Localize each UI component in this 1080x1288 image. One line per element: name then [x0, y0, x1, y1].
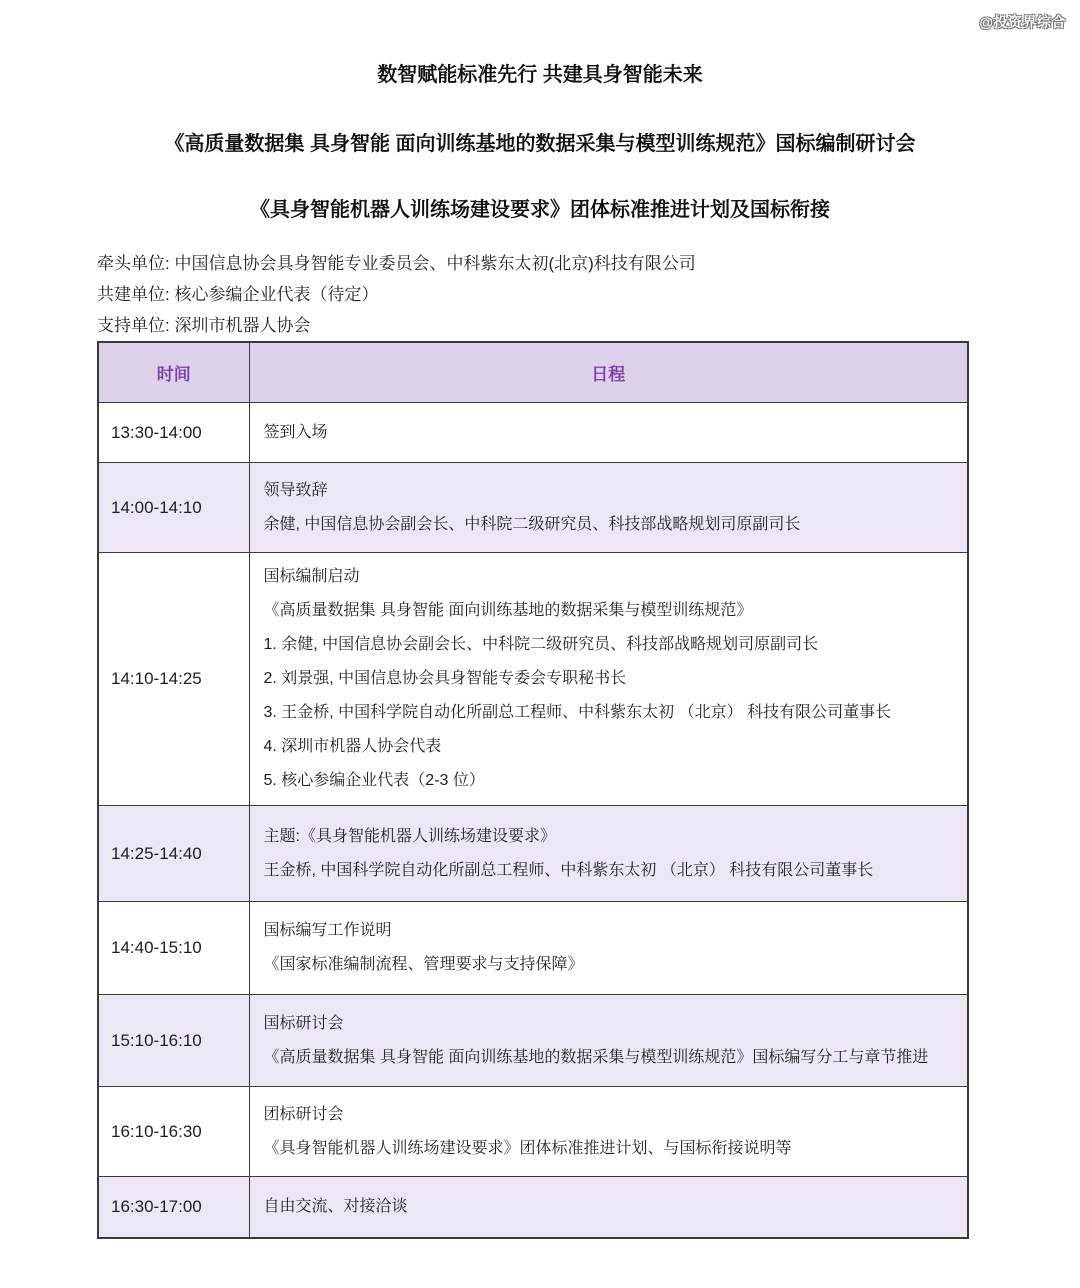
agenda-table: 时间 日程 13:30-14:00 签到入场 14:00-14:10 领导致辞 … [97, 341, 969, 1239]
agenda-cell: 自由交流、对接洽谈 [249, 1177, 968, 1238]
time-cell: 14:00-14:10 [98, 463, 249, 553]
agenda-line: 王金桥, 中国科学院自动化所副总工程师、中科紫东太初 （北京） 科技有限公司董事… [264, 854, 958, 888]
agenda-line: 团标研讨会 [264, 1098, 958, 1132]
agenda-line: 签到入场 [264, 416, 958, 450]
table-row: 14:25-14:40 主题:《具身智能机器人训练场建设要求》 王金桥, 中国科… [98, 806, 968, 902]
table-row: 13:30-14:00 签到入场 [98, 403, 968, 463]
organizer-lead: 牵头单位: 中国信息协会具身智能专业委员会、中科紫东太初(北京)科技有限公司 [97, 248, 1080, 279]
agenda-document: @投资界综合 数智赋能标准先行 共建具身智能未来 《高质量数据集 具身智能 面向… [0, 0, 1080, 1288]
organizer-coorg: 共建单位: 核心参编企业代表（待定） [97, 279, 1080, 310]
table-row: 14:40-15:10 国标编写工作说明 《国家标准编制流程、管理要求与支持保障… [98, 902, 968, 995]
agenda-line: 领导致辞 [264, 474, 958, 508]
table-row: 14:10-14:25 国标编制启动 《高质量数据集 具身智能 面向训练基地的数… [98, 553, 968, 806]
agenda-cell: 国标研讨会 《高质量数据集 具身智能 面向训练基地的数据采集与模型训练规范》国标… [249, 995, 968, 1087]
agenda-line: 《高质量数据集 具身智能 面向训练基地的数据采集与模型训练规范》国标编写分工与章… [264, 1041, 958, 1075]
table-header-row: 时间 日程 [98, 342, 968, 403]
agenda-line: 《具身智能机器人训练场建设要求》团体标准推进计划、与国标衔接说明等 [264, 1132, 958, 1166]
agenda-cell: 领导致辞 余健, 中国信息协会副会长、中科院二级研究员、科技部战略规划司原副司长 [249, 463, 968, 553]
agenda-cell: 签到入场 [249, 403, 968, 463]
table-row: 15:10-16:10 国标研讨会 《高质量数据集 具身智能 面向训练基地的数据… [98, 995, 968, 1087]
time-cell: 14:25-14:40 [98, 806, 249, 902]
agenda-line: 《高质量数据集 具身智能 面向训练基地的数据采集与模型训练规范》 [264, 594, 958, 628]
time-cell: 15:10-16:10 [98, 995, 249, 1087]
time-cell: 14:10-14:25 [98, 553, 249, 806]
agenda-cell: 主题:《具身智能机器人训练场建设要求》 王金桥, 中国科学院自动化所副总工程师、… [249, 806, 968, 902]
subtitle-national-standard: 《高质量数据集 具身智能 面向训练基地的数据采集与模型训练规范》国标编制研讨会 [0, 132, 1080, 156]
time-cell: 16:30-17:00 [98, 1177, 249, 1238]
watermark: @投资界综合 [979, 12, 1066, 32]
organizer-block: 牵头单位: 中国信息协会具身智能专业委员会、中科紫东太初(北京)科技有限公司 共… [97, 248, 1080, 341]
table-row: 16:10-16:30 团标研讨会 《具身智能机器人训练场建设要求》团体标准推进… [98, 1087, 968, 1177]
agenda-line: 4. 深圳市机器人协会代表 [264, 730, 958, 764]
agenda-line: 2. 刘景强, 中国信息协会具身智能专委会专职秘书长 [264, 662, 958, 696]
agenda-cell: 国标编制启动 《高质量数据集 具身智能 面向训练基地的数据采集与模型训练规范》 … [249, 553, 968, 806]
organizer-support: 支持单位: 深圳市机器人协会 [97, 310, 1080, 341]
table-row: 16:30-17:00 自由交流、对接洽谈 [98, 1177, 968, 1238]
agenda-line: 自由交流、对接洽谈 [264, 1190, 958, 1224]
subtitle-group-standard: 《具身智能机器人训练场建设要求》团体标准推进计划及国标衔接 [0, 198, 1080, 222]
agenda-line: 《国家标准编制流程、管理要求与支持保障》 [264, 948, 958, 982]
page-title: 数智赋能标准先行 共建具身智能未来 [0, 0, 1080, 87]
time-column-header: 时间 [98, 342, 249, 403]
table-row: 14:00-14:10 领导致辞 余健, 中国信息协会副会长、中科院二级研究员、… [98, 463, 968, 553]
agenda-line: 国标研讨会 [264, 1007, 958, 1041]
agenda-cell: 国标编写工作说明 《国家标准编制流程、管理要求与支持保障》 [249, 902, 968, 995]
agenda-line: 余健, 中国信息协会副会长、中科院二级研究员、科技部战略规划司原副司长 [264, 508, 958, 542]
agenda-line: 国标编制启动 [264, 560, 958, 594]
agenda-line: 主题:《具身智能机器人训练场建设要求》 [264, 820, 958, 854]
agenda-line: 1. 余健, 中国信息协会副会长、中科院二级研究员、科技部战略规划司原副司长 [264, 628, 958, 662]
agenda-column-header: 日程 [249, 342, 968, 403]
agenda-cell: 团标研讨会 《具身智能机器人训练场建设要求》团体标准推进计划、与国标衔接说明等 [249, 1087, 968, 1177]
time-cell: 14:40-15:10 [98, 902, 249, 995]
time-cell: 13:30-14:00 [98, 403, 249, 463]
agenda-line: 国标编写工作说明 [264, 914, 958, 948]
agenda-line: 3. 王金桥, 中国科学院自动化所副总工程师、中科紫东太初 （北京） 科技有限公… [264, 696, 958, 730]
agenda-line: 5. 核心参编企业代表（2-3 位） [264, 764, 958, 798]
time-cell: 16:10-16:30 [98, 1087, 249, 1177]
